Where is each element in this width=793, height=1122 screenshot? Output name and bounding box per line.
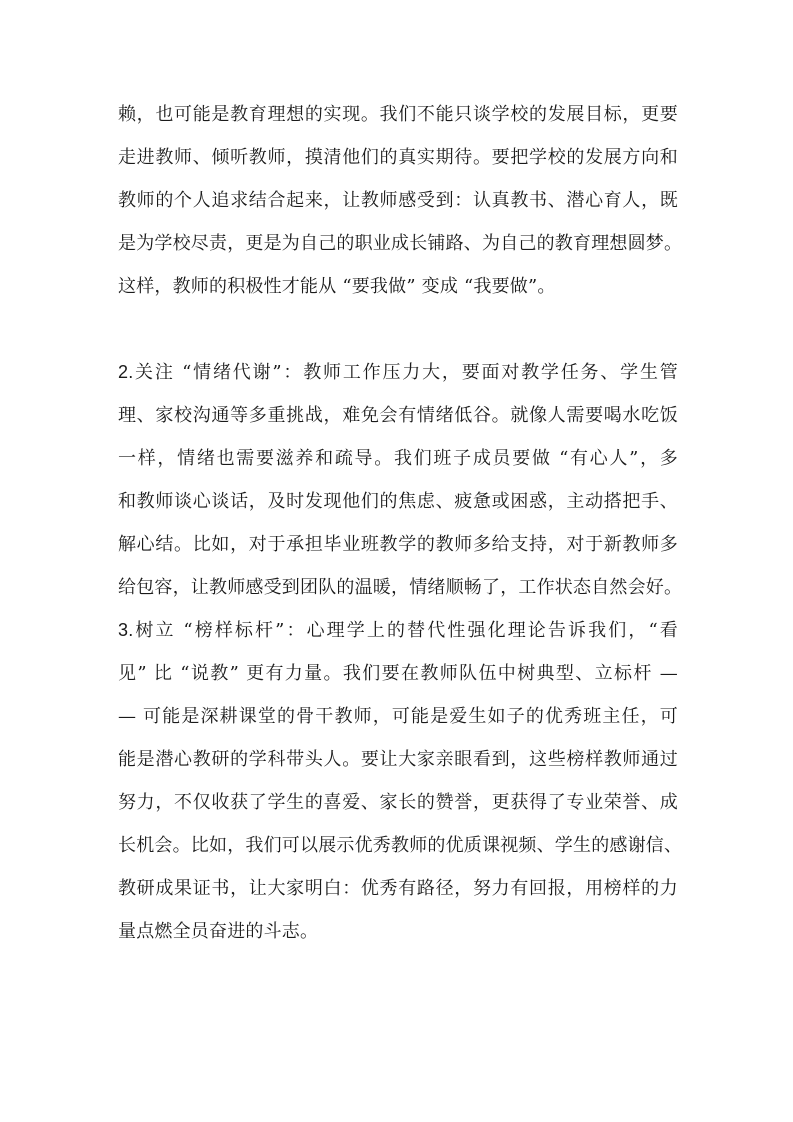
text-line: 教师的个人追求结合起来，让教师感受到：认真教书、潜心育人，既 [118,179,678,222]
text-line: 长机会。比如，我们可以展示优秀教师的优质课视频、学生的感谢信、 [118,824,678,867]
paragraph-item-2: 2.关注 “情绪代谢”：教师工作压力大，要面对教学任务、学生管 理、家校沟通等多… [118,351,678,609]
document-page: 赖，也可能是教育理想的实现。我们不能只谈学校的发展目标，更要 走进教师、倾听教师… [0,0,793,1122]
text-line: 走进教师、倾听教师，摸清他们的真实期待。要把学校的发展方向和 [118,136,678,179]
text-line: 赖，也可能是教育理想的实现。我们不能只谈学校的发展目标，更要 [118,93,678,136]
text-segment: 树立 “榜样标杆”：心理学上的替代性强化理论告诉我们，“看 [133,620,678,641]
text-line: 能是潜心教研的学科带头人。要让大家亲眼看到，这些榜样教师通过 [118,738,678,781]
paragraph-item-3: 3.树立 “榜样标杆”：心理学上的替代性强化理论告诉我们，“看 见” 比 “说教… [118,609,678,953]
text-line: 给包容，让教师感受到团队的温暖，情绪顺畅了，工作状态自然会好。 [118,566,678,609]
text-line: 教研成果证书，让大家明白：优秀有路径，努力有回报，用榜样的力 [118,867,678,910]
text-line: 是为学校尽责，更是为自己的职业成长铺路、为自己的教育理想圆梦。 [118,222,678,265]
text-line: 3.树立 “榜样标杆”：心理学上的替代性强化理论告诉我们，“看 [118,609,678,652]
text-line: 量点燃全员奋进的斗志。 [118,910,678,953]
text-segment: 关注 “情绪代谢”：教师工作压力大，要面对教学任务、学生管 [133,362,678,383]
text-line: 理、家校沟通等多重挑战，难免会有情绪低谷。就像人需要喝水吃饭 [118,394,678,437]
text-line: 和教师谈心谈话，及时发现他们的焦虑、疲惫或困惑，主动搭把手、 [118,480,678,523]
text-line: 见” 比 “说教” 更有力量。我们要在教师队伍中树典型、立标杆 — [118,652,678,695]
text-line: 2.关注 “情绪代谢”：教师工作压力大，要面对教学任务、学生管 [118,351,678,394]
text-line: 这样，教师的积极性才能从 “要我做” 变成 “我要做”。 [118,265,678,308]
text-line: 努力，不仅收获了学生的喜爱、家长的赞誉，更获得了专业荣誉、成 [118,781,678,824]
item-number: 2. [118,362,133,382]
paragraph-continuation: 赖，也可能是教育理想的实现。我们不能只谈学校的发展目标，更要 走进教师、倾听教师… [118,93,678,308]
text-line: 解心结。比如，对于承担毕业班教学的教师多给支持，对于新教师多 [118,523,678,566]
item-number: 3. [118,620,133,640]
text-line: — 可能是深耕课堂的骨干教师，可能是爱生如子的优秀班主任，可 [118,695,678,738]
text-line: 一样，情绪也需要滋养和疏导。我们班子成员要做 “有心人”，多 [118,437,678,480]
